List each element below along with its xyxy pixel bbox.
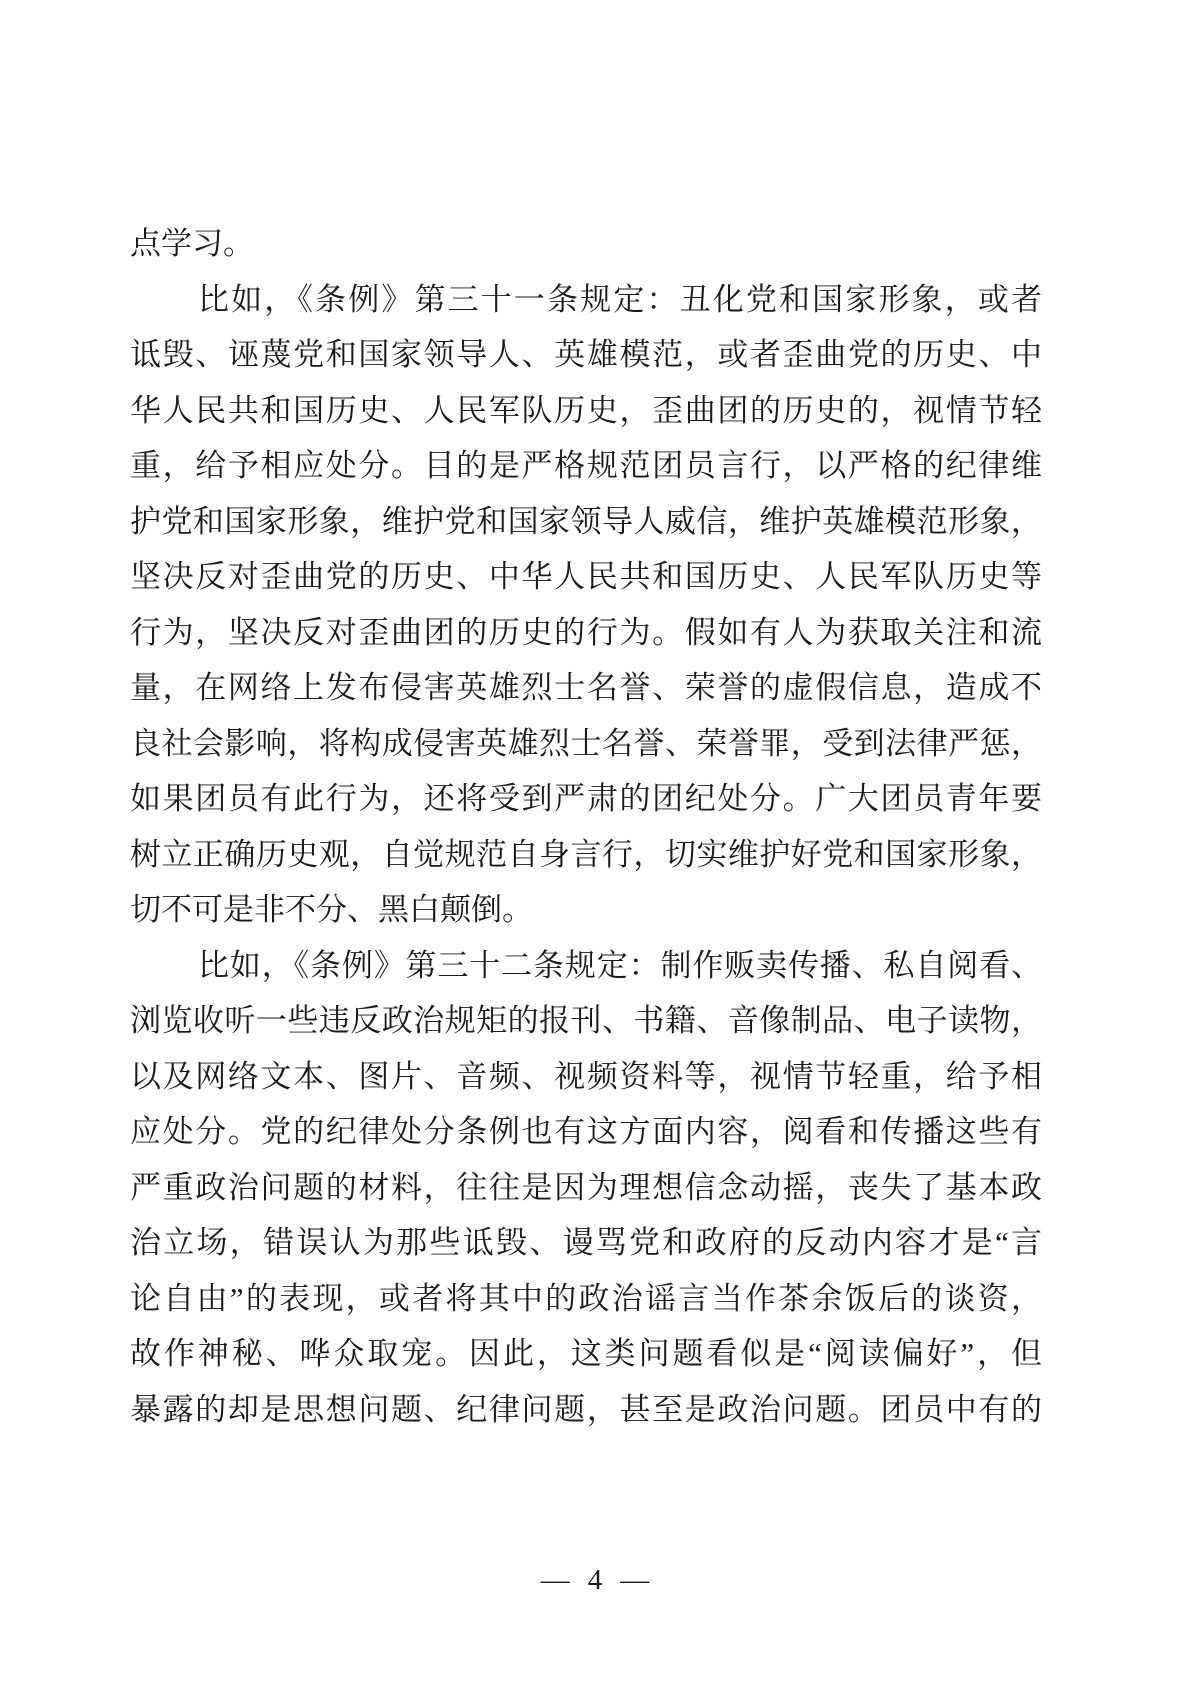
document-page: 点学习。 比如，《条例》第三十一条规定：丑化党和国家形象，或者 诋毁、诬蔑党和国…: [0, 0, 1190, 1682]
text-line: 良社会影响，将构成侵害英雄烈士名誉、荣誉罪，受到法律严惩，: [130, 716, 1042, 772]
text-line: 行为，坚决反对歪曲团的历史的行为。假如有人为获取关注和流: [130, 605, 1042, 661]
text-line: 应处分。党的纪律处分条例也有这方面内容，阅看和传播这些有: [130, 1104, 1042, 1160]
text-line: 治立场，错误认为那些诋毁、谩骂党和政府的反动内容才是“言: [130, 1215, 1042, 1271]
page-number: 4: [588, 1564, 603, 1596]
footer-dash-left: —: [541, 1564, 570, 1596]
text-line: 故作神秘、哗众取宠。因此，这类问题看似是“阅读偏好”，但: [130, 1326, 1042, 1382]
text-line: 重，给予相应处分。目的是严格规范团员言行，以严格的纪律维: [130, 438, 1042, 494]
text-line: 点学习。: [130, 216, 1042, 272]
text-line: 切不可是非不分、黑白颠倒。: [130, 882, 1042, 938]
text-line: 护党和国家形象，维护党和国家领导人威信，维护英雄模范形象，: [130, 494, 1042, 550]
text-line: 比如，《条例》第三十一条规定：丑化党和国家形象，或者: [130, 272, 1042, 328]
text-line: 坚决反对歪曲党的历史、中华人民共和国历史、人民军队历史等: [130, 549, 1042, 605]
text-line: 论自由”的表现，或者将其中的政治谣言当作茶余饭后的谈资，: [130, 1271, 1042, 1327]
text-line: 严重政治问题的材料，往往是因为理想信念动摇，丧失了基本政: [130, 1160, 1042, 1216]
text-line: 暴露的却是思想问题、纪律问题，甚至是政治问题。团员中有的: [130, 1382, 1042, 1438]
document-body: 点学习。 比如，《条例》第三十一条规定：丑化党和国家形象，或者 诋毁、诬蔑党和国…: [130, 216, 1042, 1437]
text-line: 华人民共和国历史、人民军队历史，歪曲团的历史的，视情节轻: [130, 383, 1042, 439]
text-line: 如果团员有此行为，还将受到严肃的团纪处分。广大团员青年要: [130, 771, 1042, 827]
footer-dash-right: —: [620, 1564, 649, 1596]
text-line: 比如，《条例》第三十二条规定：制作贩卖传播、私自阅看、: [130, 938, 1042, 994]
page-footer: —4—: [0, 1563, 1190, 1597]
text-line: 浏览收听一些违反政治规矩的报刊、书籍、音像制品、电子读物，: [130, 993, 1042, 1049]
text-line: 以及网络文本、图片、音频、视频资料等，视情节轻重，给予相: [130, 1049, 1042, 1105]
text-line: 树立正确历史观，自觉规范自身言行，切实维护好党和国家形象，: [130, 827, 1042, 883]
text-line: 量，在网络上发布侵害英雄烈士名誉、荣誉的虚假信息，造成不: [130, 660, 1042, 716]
text-line: 诋毁、诬蔑党和国家领导人、英雄模范，或者歪曲党的历史、中: [130, 327, 1042, 383]
